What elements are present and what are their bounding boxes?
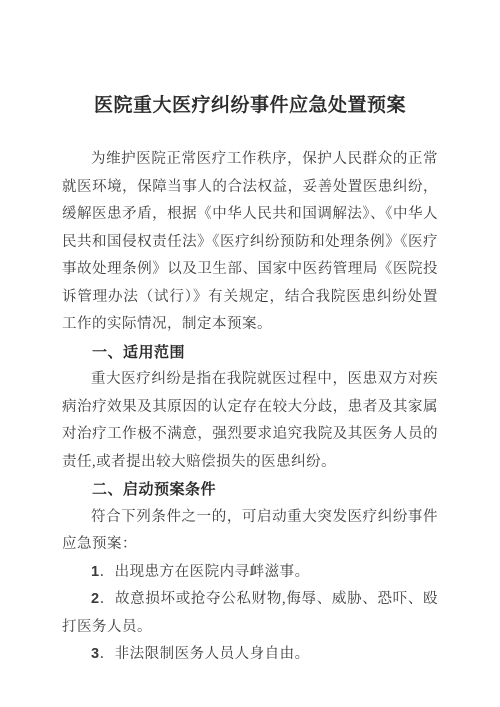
section-heading-scope: 一、适用范围 xyxy=(62,339,438,367)
activation-conditions-paragraph: 符合下列条件之一的，可启动重大突发医疗纠纷事件应急预案： xyxy=(62,504,438,559)
list-item-separator: ． xyxy=(100,646,115,662)
section-heading-activation-conditions: 二、启动预案条件 xyxy=(62,476,438,504)
list-item-text: 出现患方在医院内寻衅滋事。 xyxy=(115,564,310,580)
list-item-separator: ． xyxy=(100,591,115,607)
list-item-number: 3 xyxy=(91,646,100,662)
document-page: 医院重大医疗纠纷事件应急处置预案 为维护医院正常医疗工作秩序，保护人民群众的正常… xyxy=(0,0,500,707)
list-item: 1．出现患方在医院内寻衅滋事。 xyxy=(62,559,438,587)
list-item-number: 2 xyxy=(91,591,100,607)
list-item: 2．故意损坏或抢夺公私财物,侮辱、威胁、恐吓、殴打医务人员。 xyxy=(62,586,438,641)
list-item-number: 1 xyxy=(91,564,100,580)
page-title: 医院重大医疗纠纷事件应急处置预案 xyxy=(62,92,438,120)
list-item-text: 非法限制医务人员人身自由。 xyxy=(115,646,310,662)
list-item: 3．非法限制医务人员人身自由。 xyxy=(62,641,438,669)
scope-paragraph: 重大医疗纠纷是指在我院就医过程中，医患双方对疾病治疗效果及其原因的认定存在较大分… xyxy=(62,366,438,476)
list-item-separator: ． xyxy=(100,564,115,580)
list-item-text: 故意损坏或抢夺公私财物,侮辱、威胁、恐吓、殴打医务人员。 xyxy=(62,591,438,635)
intro-paragraph: 为维护医院正常医疗工作秩序，保护人民群众的正常就医环境，保障当事人的合法权益，妥… xyxy=(62,146,438,339)
